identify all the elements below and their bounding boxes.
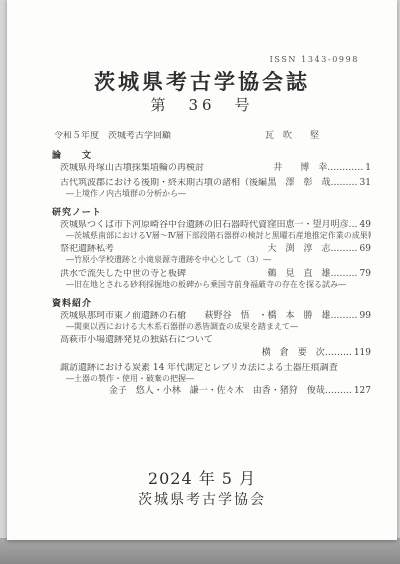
- toc-entry: 諏訪遺跡における炭素 14 年代測定とレプリカ法による土器圧痕調査 ―土器の製作…: [54, 363, 371, 397]
- entry-authors-page: 窪田恵一・望月明彦…49: [268, 220, 371, 231]
- entry-subtitle: ―土器の製作・使用・破棄の把握―: [54, 374, 371, 384]
- entry-authors-page: 萩野谷 悟 ・橋 本 勝 雄………99: [205, 311, 371, 322]
- entry-subtitle: ―竹原小学校遺跡と小滝泉源寺遺跡を中心として（3）―: [54, 255, 371, 265]
- leader-dots: ………: [331, 311, 358, 321]
- entry-title: 茨城県舟塚山古墳採集埴輪の再検討: [60, 163, 204, 174]
- leader-dots: …………: [327, 163, 363, 173]
- publication-date: 2024 年 5 月: [7, 466, 397, 489]
- toc-entry: 茨城県那珂市東ノ前遺跡の石槍 萩野谷 悟 ・橋 本 勝 雄………99 ―関東以西…: [54, 311, 371, 332]
- entry-title: 洪水で流失した中世の寺と板碑: [60, 269, 186, 280]
- entry-title: 祭祀遺跡私考: [60, 244, 114, 255]
- leader-dots: …: [349, 220, 358, 230]
- entry-page-number: 69: [360, 244, 371, 254]
- entry-line: 洪水で流失した中世の寺と板碑 鵜 見 直 雄………79: [54, 269, 371, 280]
- leader-dots: ………: [331, 178, 358, 188]
- entry-authors: 瓦 吹 堅: [265, 131, 319, 142]
- toc-entry: 高萩市小場遺跡発見の独鈷石について 横 倉 要 次………119: [54, 335, 371, 359]
- entry-authors: 鵜 見 直 雄: [268, 269, 331, 279]
- toc-entry-preface: 令和５年度 茨城考古学回顧 瓦 吹 堅: [54, 131, 371, 142]
- entry-subtitle: ―関東以西における大木系石器群の悉皆調査の成果を踏まえて―: [54, 322, 371, 332]
- entry-title: 茨城県那珂市東ノ前遺跡の石槍: [60, 311, 186, 322]
- entry-authors-line: 横 倉 要 次………119: [54, 348, 371, 359]
- entry-subtitle: ―上境作ノ内古墳群の分析から―: [54, 189, 371, 199]
- entry-authors: 横 倉 要 次: [262, 348, 325, 358]
- section-heading-articles: 論 文: [52, 151, 371, 162]
- entry-title: 諏訪遺跡における炭素 14 年代測定とレプリカ法による土器圧痕調査: [60, 363, 338, 374]
- entry-page-number: 119: [354, 348, 371, 358]
- entry-page-number: 127: [354, 386, 371, 396]
- issue-number: 第 36 号: [7, 94, 397, 115]
- table-of-contents: 令和５年度 茨城考古学回顧 瓦 吹 堅 論 文 茨城県舟塚山古墳採集埴輪の再検討…: [54, 131, 371, 401]
- journal-cover-page: ISSN 1343-0998 茨城県考古学協会誌 第 36 号 令和５年度 茨城…: [7, 0, 397, 540]
- entry-authors-page: 大 渕 淳 志………69: [268, 244, 371, 255]
- entry-subtitle: ―旧在地とされる砂利採掘地の板碑から乗国寺前身福厳寺の存在を探る試み―: [54, 280, 371, 290]
- entry-line: 高萩市小場遺跡発見の独鈷石について: [54, 335, 371, 346]
- journal-title: 茨城県考古学協会誌: [7, 66, 397, 96]
- toc-entry: 祭祀遺跡私考 大 渕 淳 志………69 ―竹原小学校遺跡と小滝泉源寺遺跡を中心と…: [54, 244, 371, 265]
- entry-line: 祭祀遺跡私考 大 渕 淳 志………69: [54, 244, 371, 255]
- entry-authors: 井 博 幸: [273, 163, 327, 173]
- entry-line: 茨城県舟塚山古墳採集埴輪の再検討 井 博 幸…………1: [54, 163, 371, 174]
- issn-number: ISSN 1343-0998: [270, 55, 359, 64]
- entry-authors: 金子 悠人・小林 謙一・佐々木 由香・猪狩 俊哉: [109, 386, 325, 396]
- entry-authors: 大 渕 淳 志: [268, 244, 331, 254]
- entry-page-number: 79: [360, 269, 371, 279]
- leader-dots: ………: [331, 269, 358, 279]
- leader-dots: ………: [325, 386, 352, 396]
- entry-line: 古代筑波郡における後期・終末期古墳の諸相（後編） 黒 澤 彰 哉………31: [54, 178, 371, 189]
- toc-entry: 洪水で流失した中世の寺と板碑 鵜 見 直 雄………79 ―旧在地とされる砂利採掘…: [54, 269, 371, 290]
- entry-subtitle: ―茨城県南部におけるⅤ層～Ⅳ層下部段階石器群の検討と黒曜石産地推定作業の成果報告…: [54, 231, 371, 241]
- toc-entry: 茨城県つくば市下河原崎谷中台遺跡の旧石器時代資料の研究 窪田恵一・望月明彦…49…: [54, 220, 371, 241]
- toc-entry: 茨城県舟塚山古墳採集埴輪の再検討 井 博 幸…………1: [54, 163, 371, 174]
- scan-edge-strip: [0, 538, 400, 564]
- leader-dots: ………: [325, 348, 352, 358]
- publisher-name: 茨城県考古学協会: [7, 489, 397, 509]
- entry-title: 古代筑波郡における後期・終末期古墳の諸相（後編）: [60, 178, 268, 189]
- entry-page-number: 1: [365, 163, 371, 173]
- entry-authors-page: 金子 悠人・小林 謙一・佐々木 由香・猪狩 俊哉………127: [109, 386, 371, 397]
- entry-line: 諏訪遺跡における炭素 14 年代測定とレプリカ法による土器圧痕調査: [54, 363, 371, 374]
- entry-title: 茨城県つくば市下河原崎谷中台遺跡の旧石器時代資料の研究: [60, 220, 268, 231]
- entry-authors-page: 横 倉 要 次………119: [262, 348, 371, 359]
- entry-page-number: 49: [360, 220, 371, 230]
- section-heading-research-notes: 研究ノート: [52, 208, 371, 219]
- leader-dots: ………: [331, 244, 358, 254]
- entry-authors-page: 井 博 幸…………1: [273, 163, 371, 174]
- entry-authors: 窪田恵一・望月明彦: [268, 220, 349, 230]
- entry-authors-page: 鵜 見 直 雄………79: [268, 269, 371, 280]
- entry-authors: 萩野谷 悟 ・橋 本 勝 雄: [205, 311, 331, 321]
- toc-entry: 古代筑波郡における後期・終末期古墳の諸相（後編） 黒 澤 彰 哉………31 ―上…: [54, 178, 371, 199]
- entry-page-number: 31: [360, 178, 371, 188]
- scanned-journal-cover: ISSN 1343-0998 茨城県考古学協会誌 第 36 号 令和５年度 茨城…: [0, 0, 400, 564]
- entry-line: 茨城県つくば市下河原崎谷中台遺跡の旧石器時代資料の研究 窪田恵一・望月明彦…49: [54, 220, 371, 231]
- entry-authors-page: 黒 澤 彰 哉………31: [268, 178, 371, 189]
- entry-page-number: 99: [360, 311, 371, 321]
- section-heading-material-reports: 資料紹介: [52, 299, 371, 310]
- entry-authors: 黒 澤 彰 哉: [268, 178, 331, 188]
- entry-title: 高萩市小場遺跡発見の独鈷石について: [60, 335, 213, 346]
- entry-authors-line: 金子 悠人・小林 謙一・佐々木 由香・猪狩 俊哉………127: [54, 386, 371, 397]
- entry-title: 令和５年度 茨城考古学回顧: [54, 131, 171, 142]
- entry-line: 茨城県那珂市東ノ前遺跡の石槍 萩野谷 悟 ・橋 本 勝 雄………99: [54, 311, 371, 322]
